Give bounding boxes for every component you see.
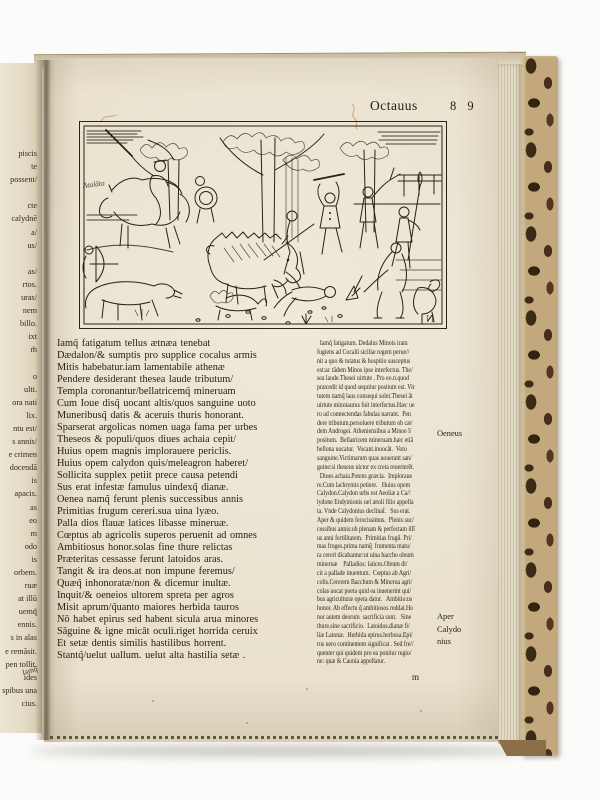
facing-page-fragment: ora nati	[0, 396, 37, 409]
handwritten-annotation: Atalãta	[81, 178, 105, 190]
gutter-shadow	[35, 60, 55, 740]
facing-page-fragment: lix.	[0, 409, 37, 422]
facing-page-fragment: m	[0, 527, 37, 540]
facing-page-fragment: s annis/	[0, 435, 37, 448]
verse-line: Huius opem calydon quis/meleagron habere…	[57, 458, 319, 470]
facing-page-fragment: odo	[0, 540, 37, 553]
commentary-line: colis.Cererem Bacchum & Minerua agri/	[317, 578, 437, 587]
commentary-line: præcedit id quod sequitur positum est. V…	[317, 383, 437, 392]
verse-line: Iamq̃ fatigatum tellus ætnæa tenebat	[57, 338, 319, 350]
verse-line: Nō habet epirus sed habent sicula arua m…	[57, 614, 319, 626]
paper-speck	[152, 700, 154, 702]
facing-page-fragment: is	[0, 474, 37, 487]
facing-page-fragment: ixt	[0, 330, 37, 343]
commentary-line: cessibus annis:ob plenam & perfectam ill…	[317, 525, 437, 534]
facing-page-fragment: cius.	[0, 697, 37, 710]
facing-page-fragment: e remāsit.	[0, 645, 37, 658]
facing-page-fragment	[0, 186, 37, 199]
commentary-line: positum. Bellatricem mineruam.hæc etiā	[317, 436, 437, 445]
margin-note-aper-calydonius: AperCalydonius	[437, 611, 461, 649]
horse-and-rider	[99, 130, 189, 248]
paper-speck	[306, 688, 308, 690]
commentary-line: colas uocat poeta quid ea inuenerint qui…	[317, 587, 437, 596]
verse-line: Tangit & ira deos.at non impune feremus/	[57, 566, 319, 578]
commentary-line: dem Androgei. Atheniensibus a Minoe ī/	[317, 427, 437, 436]
verse-line: Huius opem magnis implorauere periclis.	[57, 446, 319, 458]
facing-page-fragment	[0, 252, 37, 265]
commentary-line: guine:si theseus uictor ex creta reuerte…	[317, 463, 437, 472]
facing-page-fragment: s in alas	[0, 631, 37, 644]
facing-page-fragment: o	[0, 370, 37, 383]
commentary-line: ta. Vnde Calydonius declinat̃. Sus erat.	[317, 507, 437, 516]
facing-page-fragment: uemq̃	[0, 605, 37, 618]
commentary-line: Iamq̃ fatigatum. Dedalus Minois iram	[317, 339, 437, 348]
commentary-line: rus uero continentem significat . Sed fr…	[317, 640, 437, 649]
facing-page-fragment: piscis	[0, 147, 37, 160]
woodcut-signature-letter: N	[426, 313, 434, 325]
signature-mark: m	[412, 672, 419, 682]
hunters	[264, 168, 440, 318]
book-drop-shadow	[30, 746, 535, 756]
verse-line: Templa coronantur/bellatricemq̃ mineruam	[57, 386, 319, 398]
commentary-line: ra cereri dicabantur:ut uina baccho oleu…	[317, 551, 437, 560]
commentary-line: fugiens ad Cocalū siciliæ regem perue//	[317, 348, 437, 357]
margin-note-line: Aper	[437, 611, 461, 624]
commentary-line: dere tributum.persoluere tributum ob cæ/	[317, 419, 437, 428]
commentary-line: liæ Latonæ. Herbida epirus.herbosa.Epi/	[317, 631, 437, 640]
facing-page-fragment: at illū	[0, 592, 37, 605]
facing-page-fragment: a/	[0, 226, 37, 239]
book-page: Octauus 8 9	[44, 58, 498, 742]
verse-line: Palla dios flauæ latices libasse mineruæ…	[57, 518, 319, 530]
commentary-line: lydone Endymionis uel ætoli filio appell…	[317, 498, 437, 507]
verse-line: Misit aprum/q̃uanto maiores herbida taur…	[57, 602, 319, 614]
facing-page-fragment: as/	[0, 265, 37, 278]
verse-line: Cum Ioue disq̃ uocant altis/quos sanguin…	[57, 398, 319, 410]
ground-debris	[135, 307, 342, 325]
verse-line: Quæq̃ inhonoratæ/non & dicemur inultæ.	[57, 578, 319, 590]
commentary-line: re.Cum lachrymis petiere. Huius opem	[317, 481, 437, 490]
verse-line: Inquit/& oeneios ultorem spreta per agro…	[57, 590, 319, 602]
book-photograph: piscistepossent/ ctecalydnēa/us/ as/rtos…	[0, 0, 600, 800]
facing-page-fragment: ntu est/	[0, 422, 37, 435]
verse-line: Sollicita supplex petiit prece causa pet…	[57, 470, 319, 482]
commentary-line: tutem namq̃ laus consequi solet.Thesei ā…	[317, 392, 437, 401]
commentary-column: Iamq̃ fatigatum. Dedalus Minois iramfugi…	[317, 339, 437, 666]
commentary-line: mineruæ Palladios: latices.Oleum di/	[317, 560, 437, 569]
commentary-line: ne: quæ & Caonia appellatur.	[317, 657, 437, 666]
facing-page-fragment: calydnē	[0, 212, 37, 225]
commentary-line: mas fruges.prima namq̃ frumenta matu/	[317, 542, 437, 551]
running-title: Octauus	[370, 98, 418, 114]
fallen-hunter	[274, 272, 336, 316]
verse-line: Et setæ dentis similis hastilibus horren…	[57, 638, 319, 650]
commentary-line: est:ac tādem Minos ipse interfectus. The…	[317, 366, 437, 375]
verse-line: Dædalon/& sumptis pro supplice cocalus a…	[57, 350, 319, 362]
margin-note-oeneus: Oeneus	[437, 429, 462, 438]
facing-page-fragment: as	[0, 501, 37, 514]
page-number: 8 9	[450, 99, 478, 114]
commentary-line: Aper & quidem ferocissimus. Plenis suc/	[317, 516, 437, 525]
verse-line: Oenea namq̃ ferunt plenis successibus an…	[57, 494, 319, 506]
archer-figure	[83, 246, 118, 282]
facing-page-fragment: nem	[0, 304, 37, 317]
facing-page-fragment: ulti.	[0, 383, 37, 396]
facing-page-fragment: cte	[0, 199, 37, 212]
facing-page-fragment: uras/	[0, 291, 37, 304]
commentary-line: honor. Ab effectu q̃ ambitiosos reddat.H…	[317, 604, 437, 613]
facing-page-fragment: rtos.	[0, 278, 37, 291]
commentary-line: nit a quo & tutatus & hospitio susceptus	[317, 357, 437, 366]
page-bottom-edge	[50, 736, 498, 739]
commentary-line: Calydon.Calydon urbs est Aeoliæ a Ca//	[317, 489, 437, 498]
commentary-line: bellona uocatur. Vocant.inuocāt. Voto	[317, 445, 437, 454]
paper-speck	[246, 722, 248, 724]
facing-page-fragment: docendā	[0, 461, 37, 474]
facing-page-fragment: e crimen	[0, 448, 37, 461]
margin-note-line: Calydo	[437, 624, 461, 637]
verse-line: Primitias frugum cereri.sua uina lyæo.	[57, 506, 319, 518]
verse-line: Cœptus ab agricolis superos peruenit ad …	[57, 530, 319, 542]
facing-page-fragment: eo	[0, 514, 37, 527]
verse-line: Mitis habebatur.iam lamentabile athenæ	[57, 362, 319, 374]
commentary-line: nor autem deorum sacrificia sunt. Sine	[317, 613, 437, 622]
margin-note-line: nius	[437, 636, 461, 649]
facing-page-fragment: apacis.	[0, 487, 37, 500]
facing-page-fragments: piscistepossent/ ctecalydnēa/us/ as/rtos…	[0, 147, 37, 710]
commentary-line: ro ad connectendas fabulas narrant. Pen	[317, 410, 437, 419]
facing-page-fragment: m̃	[0, 343, 37, 356]
verse-line: Sāguine & igne micāt oculi.riget horrida…	[57, 626, 319, 638]
facing-page-fragment: is	[0, 553, 37, 566]
facing-page-fragment: te	[0, 160, 37, 173]
facing-page-fragment: us/	[0, 239, 37, 252]
commentary-line: cit a pallade inuentum. Cœptus ab Agri/	[317, 569, 437, 578]
verse-line: Pendere desiderant thesea laude tributum…	[57, 374, 319, 386]
verse-column: Iamq̃ fatigatum tellus ætnæa tenebatDæda…	[57, 338, 319, 662]
facing-page-fragment: ennis.	[0, 618, 37, 631]
facing-page-fragment: orbem.	[0, 566, 37, 579]
verse-line: Præteritas cessasse ferunt latoidos aras…	[57, 554, 319, 566]
commentary-line: thure.sine sacrificio. Latoidos.dianæ fi…	[317, 622, 437, 631]
woodcut-illustration: N Atalãta	[78, 120, 448, 330]
commentary-line: sea laude.Thesei uirtute . Pro eo.n.quod	[317, 374, 437, 383]
facing-page-fragment	[0, 357, 37, 370]
verse-line: Ambitiosus honor.solas fine thure relict…	[57, 542, 319, 554]
paper-speck	[420, 710, 422, 712]
commentary-line: sanguine.Victimarum quas uouerant san/	[317, 454, 437, 463]
verse-line: Muneribusq̃ datis & aceruis thuris honor…	[57, 410, 319, 422]
facing-page-fragment: ruæ	[0, 579, 37, 592]
fore-edge-pages	[498, 64, 522, 744]
marbled-board-edge	[522, 56, 558, 756]
verse-line: Theseos & populi/quos diues achaia cepit…	[57, 434, 319, 446]
verse-line: Sus erat infestæ famulus uindexq̃ dianæ.	[57, 482, 319, 494]
commentary-line: quenter qui quidem pro ea ponitur regio/	[317, 649, 437, 658]
commentary-line: Diues achaia.Potens græcia. Imploraue	[317, 472, 437, 481]
verse-line: Stantq̃/uelut uallum. uelut alta hastili…	[57, 650, 319, 662]
facing-page-fragment: spibus una	[0, 684, 37, 697]
shield-bearer	[195, 177, 217, 224]
boar	[207, 232, 301, 304]
marbled-board-corner	[498, 740, 546, 756]
facing-page-fragment: possent/	[0, 173, 37, 186]
commentary-line: uirtute minotaurus fuit interfectus.Hæc …	[317, 401, 437, 410]
verse-line: Sparserat argolicas nomen uaga fama per …	[57, 422, 319, 434]
facing-page-fragment: billo.	[0, 317, 37, 330]
commentary-line: bus agriculturæ opera datur. Ambitio:us	[317, 595, 437, 604]
